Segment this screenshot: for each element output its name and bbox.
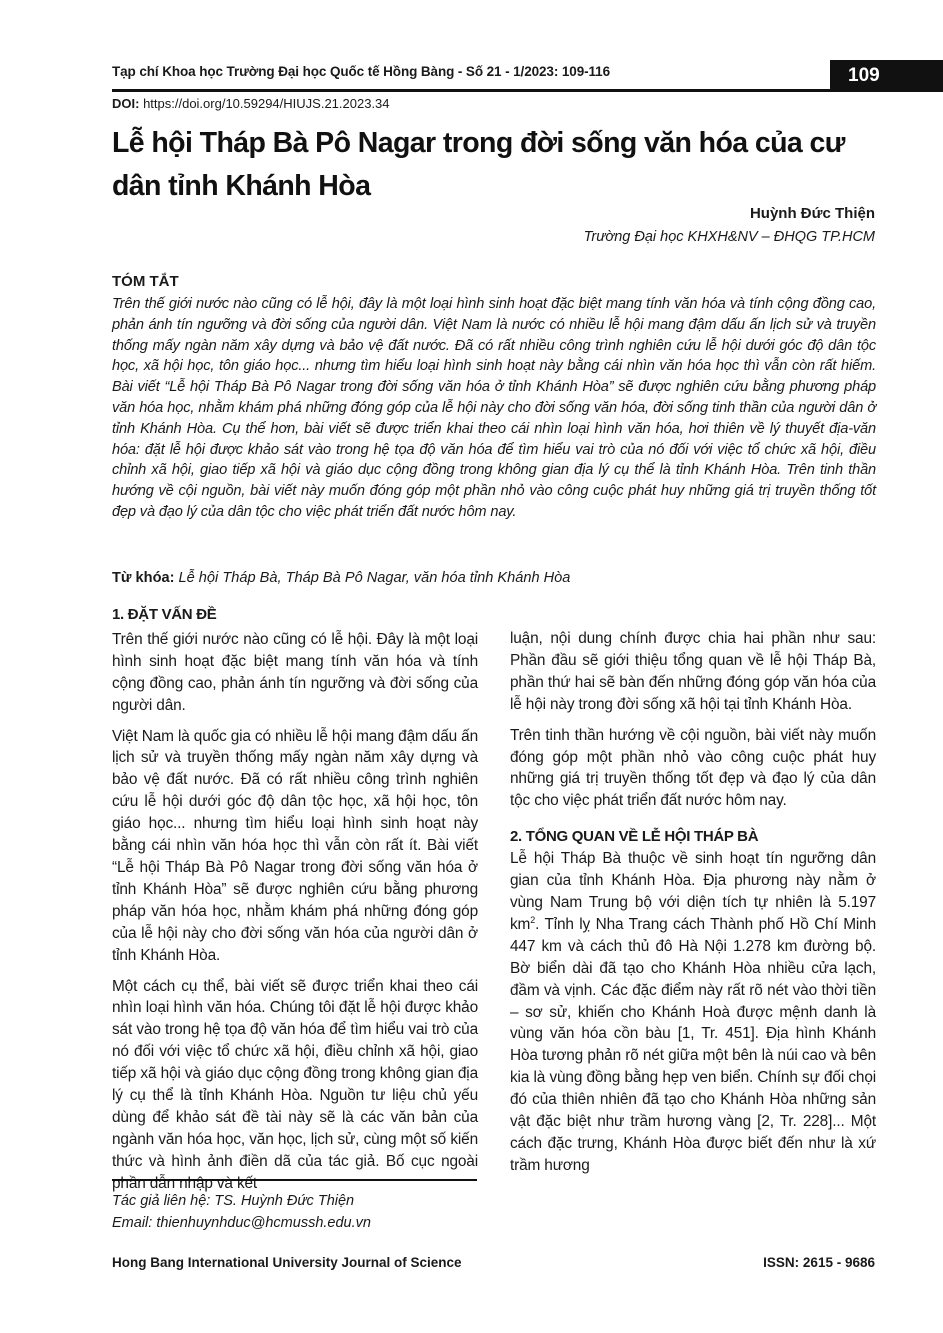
footnote-rule <box>112 1179 477 1181</box>
doi-label: DOI: <box>112 96 139 111</box>
author-affiliation: Trường Đại học KHXH&NV – ĐHQG TP.HCM <box>584 229 875 245</box>
paragraph: Việt Nam là quốc gia có nhiều lễ hội man… <box>112 726 478 967</box>
abstract-text: Trên thế giới nước nào cũng có lễ hội, đ… <box>112 294 876 523</box>
paragraph: luận, nội dung chính được chia hai phần … <box>510 628 876 716</box>
paragraph: Một cách cụ thể, bài viết sẽ được triển … <box>112 976 478 1195</box>
author-name: Huỳnh Đức Thiện <box>750 205 875 222</box>
paragraph: Trên tinh thần hướng về cội nguồn, bài v… <box>510 725 876 813</box>
article-title: Lễ hội Tháp Bà Pô Nagar trong đời sống v… <box>112 122 882 208</box>
section-1-heading: 1. ĐẶT VẤN ĐỀ <box>112 604 478 626</box>
corresponding-author: Tác giả liên hệ: TS. Huỳnh Đức Thiện <box>112 1190 371 1212</box>
left-column: 1. ĐẶT VẤN ĐỀ Trên thế giới nước nào cũn… <box>112 604 478 1204</box>
paragraph: Trên thế giới nước nào cũng có lễ hội. Đ… <box>112 629 478 717</box>
paragraph-part: . Tỉnh lỵ Nha Trang cách Thành phố Hồ Ch… <box>510 916 876 1174</box>
abstract-heading: TÓM TẮT <box>112 273 179 290</box>
page-number: 109 <box>830 60 943 92</box>
doi-link[interactable]: https://doi.org/10.59294/HIUJS.21.2023.3… <box>139 96 389 111</box>
footer-issn: ISSN: 2615 - 9686 <box>763 1255 875 1270</box>
keywords-label: Từ khóa: <box>112 570 174 586</box>
right-column: luận, nội dung chính được chia hai phần … <box>510 628 876 1186</box>
keywords-list: Lễ hội Tháp Bà, Tháp Bà Pô Nagar, văn hó… <box>174 570 570 586</box>
doi-line: DOI: https://doi.org/10.59294/HIUJS.21.2… <box>112 96 390 111</box>
running-head: Tạp chí Khoa học Trường Đại học Quốc tế … <box>112 64 610 79</box>
footnote: Tác giả liên hệ: TS. Huỳnh Đức Thiện Ema… <box>112 1190 371 1234</box>
paragraph: Lễ hội Tháp Bà thuộc về sinh hoạt tín ng… <box>510 848 876 1177</box>
footer-journal: Hong Bang International University Journ… <box>112 1255 462 1270</box>
section-2-heading: 2. TỔNG QUAN VỀ LỄ HỘI THÁP BÀ <box>510 826 876 848</box>
header-rule <box>112 89 832 92</box>
keywords-line: Từ khóa: Lễ hội Tháp Bà, Tháp Bà Pô Naga… <box>112 570 570 586</box>
author-email[interactable]: Email: thienhuynhduc@hcmussh.edu.vn <box>112 1212 371 1234</box>
